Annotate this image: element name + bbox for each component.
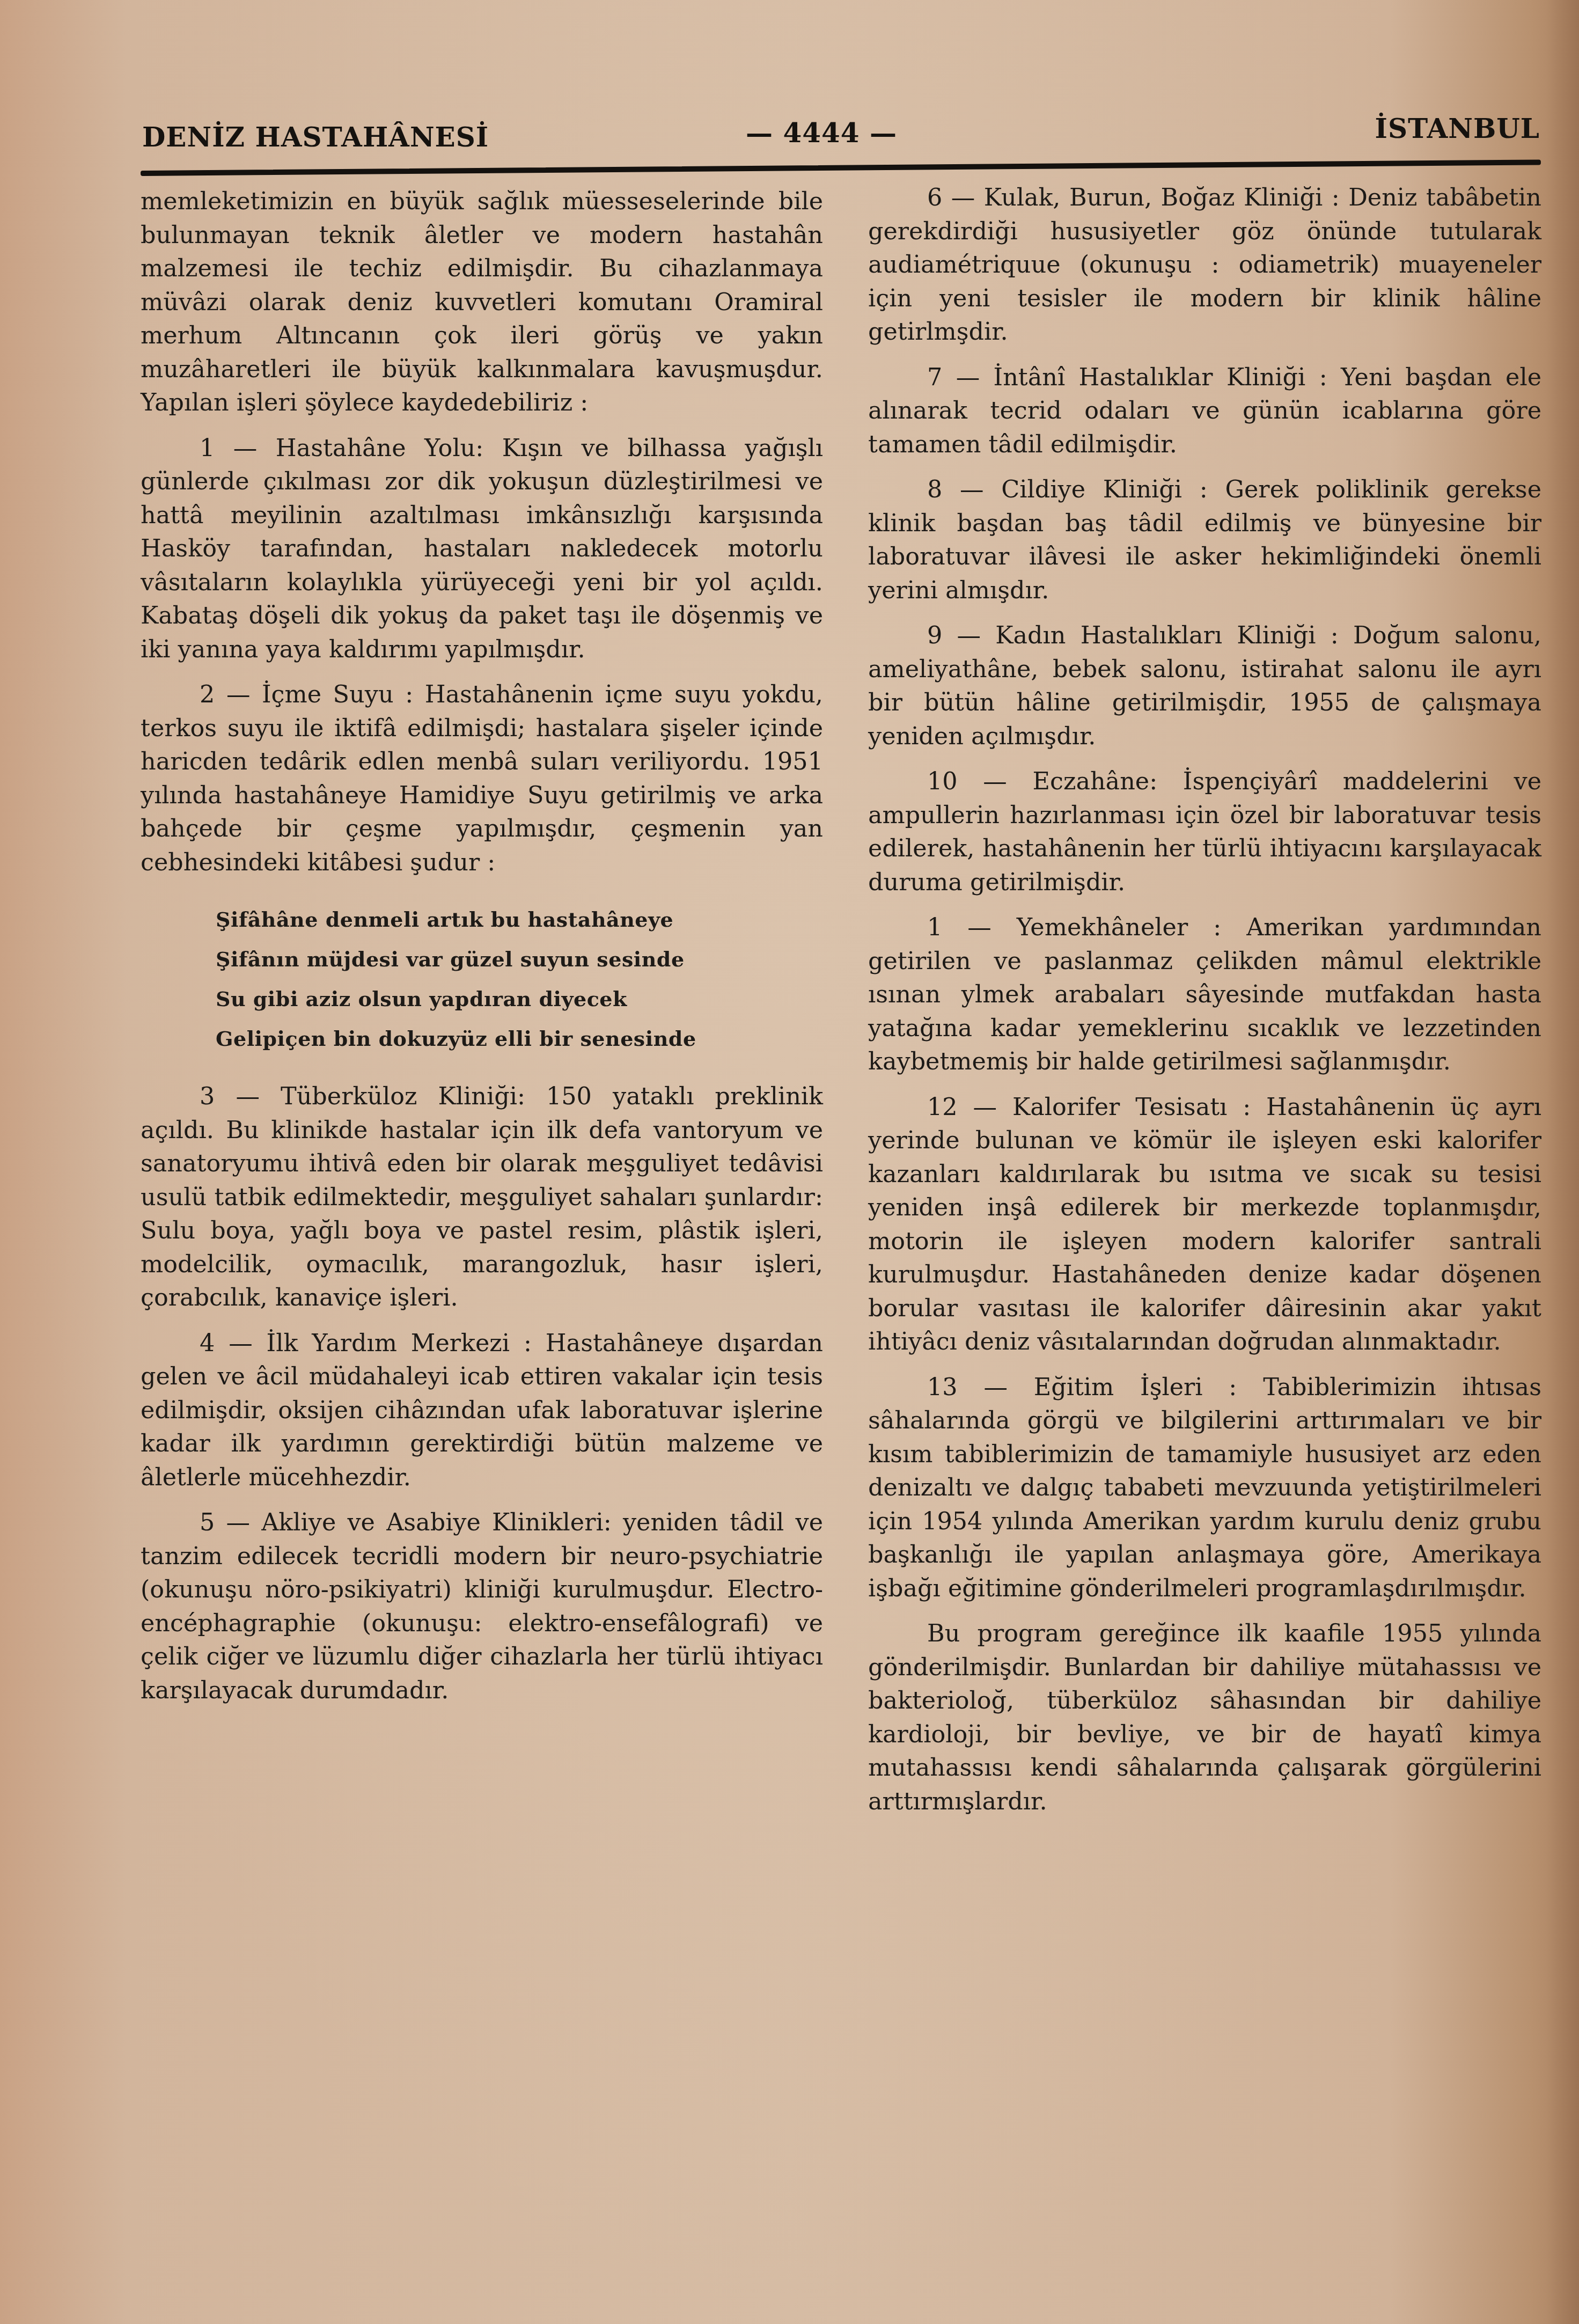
item-tuberculosis-clinic: 3 — Tüberküloz Kliniği: 150 yataklı prek… [141,1080,823,1315]
page-edge-shadow [1547,0,1579,2324]
item-label: 2 — İçme Suyu : [200,681,413,708]
item-text: yeniden tâdil ve tanzim edilecek tecridl… [141,1509,823,1704]
item-label: 1 — Yemekhâneler : [927,914,1221,941]
item-pharmacy: 10 — Eczahâne: İspençiyârî maddelerini v… [868,765,1541,899]
item-label: 1 — Hastahâne Yolu: [200,435,483,462]
verse-line: Gelipiçen bin dokuzyüz elli bir senesind… [216,1019,823,1059]
item-training-affairs: 13 — Eğitim İşleri : Tabiblerimizin ihtı… [868,1371,1541,1606]
page-number: — 4444 — [746,117,897,149]
item-dermatology-clinic: 8 — Cildiye Kliniği : Gerek poliklinik g… [868,473,1541,607]
item-heating-installation: 12 — Kalorifer Tesisatı : Hastahânenin ü… [868,1091,1541,1359]
item-infectious-diseases-clinic: 7 — İntânî Hastalıklar Kliniği : Yeni ba… [868,361,1541,462]
item-label: 9 — Kadın Hastalıkları Kliniği : [927,622,1339,649]
header-rule [141,160,1541,176]
item-neuro-clinics: 5 — Akliye ve Asabiye Klinikleri: yenide… [141,1506,823,1707]
item-label: 10 — Eczahâne: [927,768,1157,795]
item-gynecology-clinic: 9 — Kadın Hastalıkları Kliniği : Doğum s… [868,619,1541,753]
verse-line: Şifâhâne denmeli artık bu hastahâneye [216,900,823,940]
item-ent-clinic: 6 — Kulak, Burun, Boğaz Kliniği : Deniz … [868,181,1541,349]
item-first-aid-center: 4 — İlk Yardım Merkezi : Hastahâneye dış… [141,1327,823,1495]
item-label: 12 — Kalorifer Tesisatı : [927,1094,1251,1121]
running-header: DENİZ HASTAHÂNESİ — 4444 — İSTANBUL [142,117,1540,155]
header-title: DENİZ HASTAHÂNESİ [142,121,489,153]
item-dining-halls: 1 — Yemekhâneler : Amerikan yardımından … [868,911,1541,1079]
item-text: Hastahânenin içme suyu yokdu, terkos suy… [141,681,823,876]
item-hospital-road: 1 — Hastahâne Yolu: Kışın ve bilhassa ya… [141,432,823,667]
verse-line: Şifânın müjdesi var güzel suyun sesinde [216,940,823,979]
document-page: DENİZ HASTAHÂNESİ — 4444 — İSTANBUL meml… [0,0,1579,2324]
header-location: İSTANBUL [1375,113,1540,144]
item-drinking-water: 2 — İçme Suyu : Hastahânenin içme suyu y… [141,678,823,879]
item-text: Kışın ve bilhassa yağışlı günlerde çıkıl… [141,435,823,663]
item-text: Tabiblerimizin ihtısas sâhalarında görgü… [868,1374,1541,1602]
fountain-inscription-verse: Şifâhâne denmeli artık bu hastahâneye Şi… [216,900,823,1059]
left-column: memleketimizin en büyük sağlık müessesel… [141,185,823,1719]
item-label: 5 — Akliye ve Asabiye Klinikleri: [200,1509,612,1536]
closing-paragraph: Bu program gereğince ilk kaafile 1955 yı… [868,1617,1541,1819]
item-label: 8 — Cildiye Kliniği : [927,476,1208,503]
right-column: 6 — Kulak, Burun, Boğaz Kliniği : Deniz … [868,181,1541,1830]
item-text: Hastahânenin üç ayrı yerinde bulunan ve … [868,1094,1541,1356]
item-label: 4 — İlk Yardım Merkezi : [200,1330,532,1357]
item-label: 3 — Tüberküloz Kliniği: [200,1083,525,1110]
item-label: 13 — Eğitim İşleri : [927,1374,1237,1401]
item-label: 6 — Kulak, Burun, Boğaz Kliniği : [927,184,1340,211]
intro-paragraph: memleketimizin en büyük sağlık müessesel… [141,185,823,420]
item-text: 150 yataklı preklinik açıldı. Bu klinikd… [141,1083,823,1311]
item-label: 7 — İntânî Hastalıklar Kliniği : [927,364,1327,391]
verse-line: Su gibi aziz olsun yapdıran diyecek [216,979,823,1019]
